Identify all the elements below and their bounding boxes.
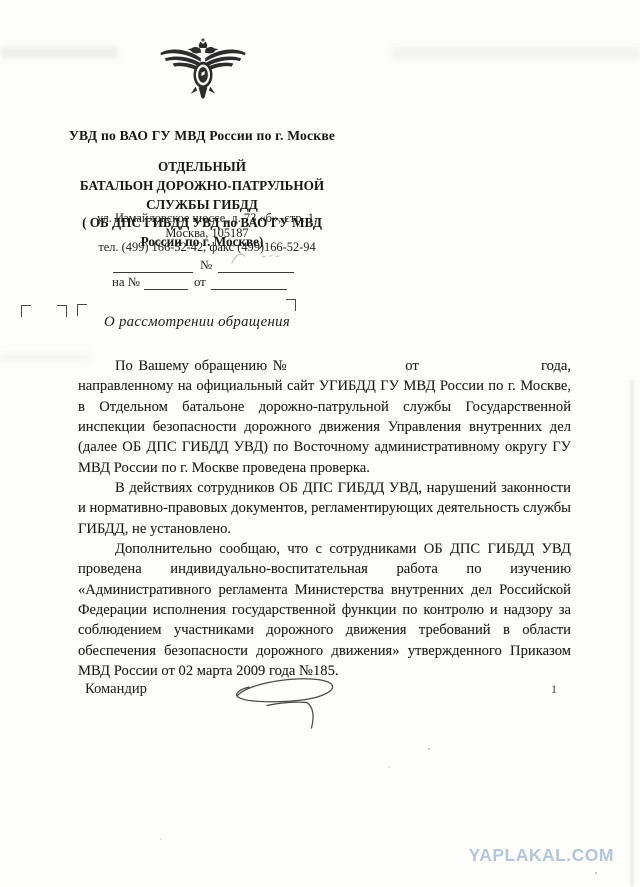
from-date-blank-line (211, 276, 287, 290)
signer-title: Командир (85, 681, 147, 698)
corner-mark-icon (77, 304, 87, 316)
parent-org-title: УВД по ВАО ГУ МВД России по г. Москве (52, 128, 352, 144)
text-line: По Вашему обращению № от года, направлен… (78, 356, 571, 478)
number-sign-label: № (193, 258, 218, 272)
corner-mark-icon (286, 299, 296, 311)
letter-body: По Вашему обращению № от года, направлен… (78, 356, 571, 682)
text-line: В действиях сотрудников ОБ ДПС ГИБДД УВД… (78, 478, 571, 539)
corner-mark-icon (21, 305, 31, 317)
scan-smudge (392, 46, 640, 61)
page-number: 1 (551, 682, 557, 697)
scanned-letter-page: УВД по ВАО ГУ МВД России по г. Москве ОТ… (0, 0, 640, 887)
letter-subject: О рассмотрении обращения (104, 314, 364, 331)
org-address-block: ул. Измайловское шоссе, д. 73 «б», стр. … (57, 211, 357, 255)
from-date-label: от (188, 275, 211, 289)
date-blank-line (113, 259, 193, 273)
reply-number-label: на № (112, 275, 140, 289)
faint-pencil-marks-icon (228, 248, 300, 268)
scan-speck (595, 872, 597, 874)
scan-speck (388, 766, 390, 768)
corner-mark-icon (57, 305, 67, 317)
scan-smudge (0, 46, 118, 59)
text-line: БАТАЛЬОН ДОРОЖНО-ПАТРУЛЬНОЙ (52, 177, 352, 196)
watermark-text: YAPLAKAL.COM (469, 845, 614, 866)
text-line: ул. Измайловское шоссе, д. 73 «б», стр. … (57, 211, 357, 226)
text-line: тел. (499) 166-52-42, факс (499)166-52-9… (57, 240, 357, 255)
scan-edge-shadow (630, 380, 634, 887)
mvd-eagle-emblem-icon (159, 36, 247, 108)
reply-ref-row: на №от (112, 275, 312, 291)
reply-number-blank-line (144, 276, 188, 290)
scan-speck (160, 838, 162, 840)
text-line: ОТДЕЛЬНЫЙ (52, 158, 352, 177)
scan-smudge (0, 352, 90, 362)
text-line: Москва, 105187 (57, 226, 357, 241)
scan-speck (428, 748, 430, 750)
handwritten-signature-icon (227, 672, 351, 734)
text-line: Дополнительно сообщаю, что с сотрудникам… (78, 539, 571, 681)
